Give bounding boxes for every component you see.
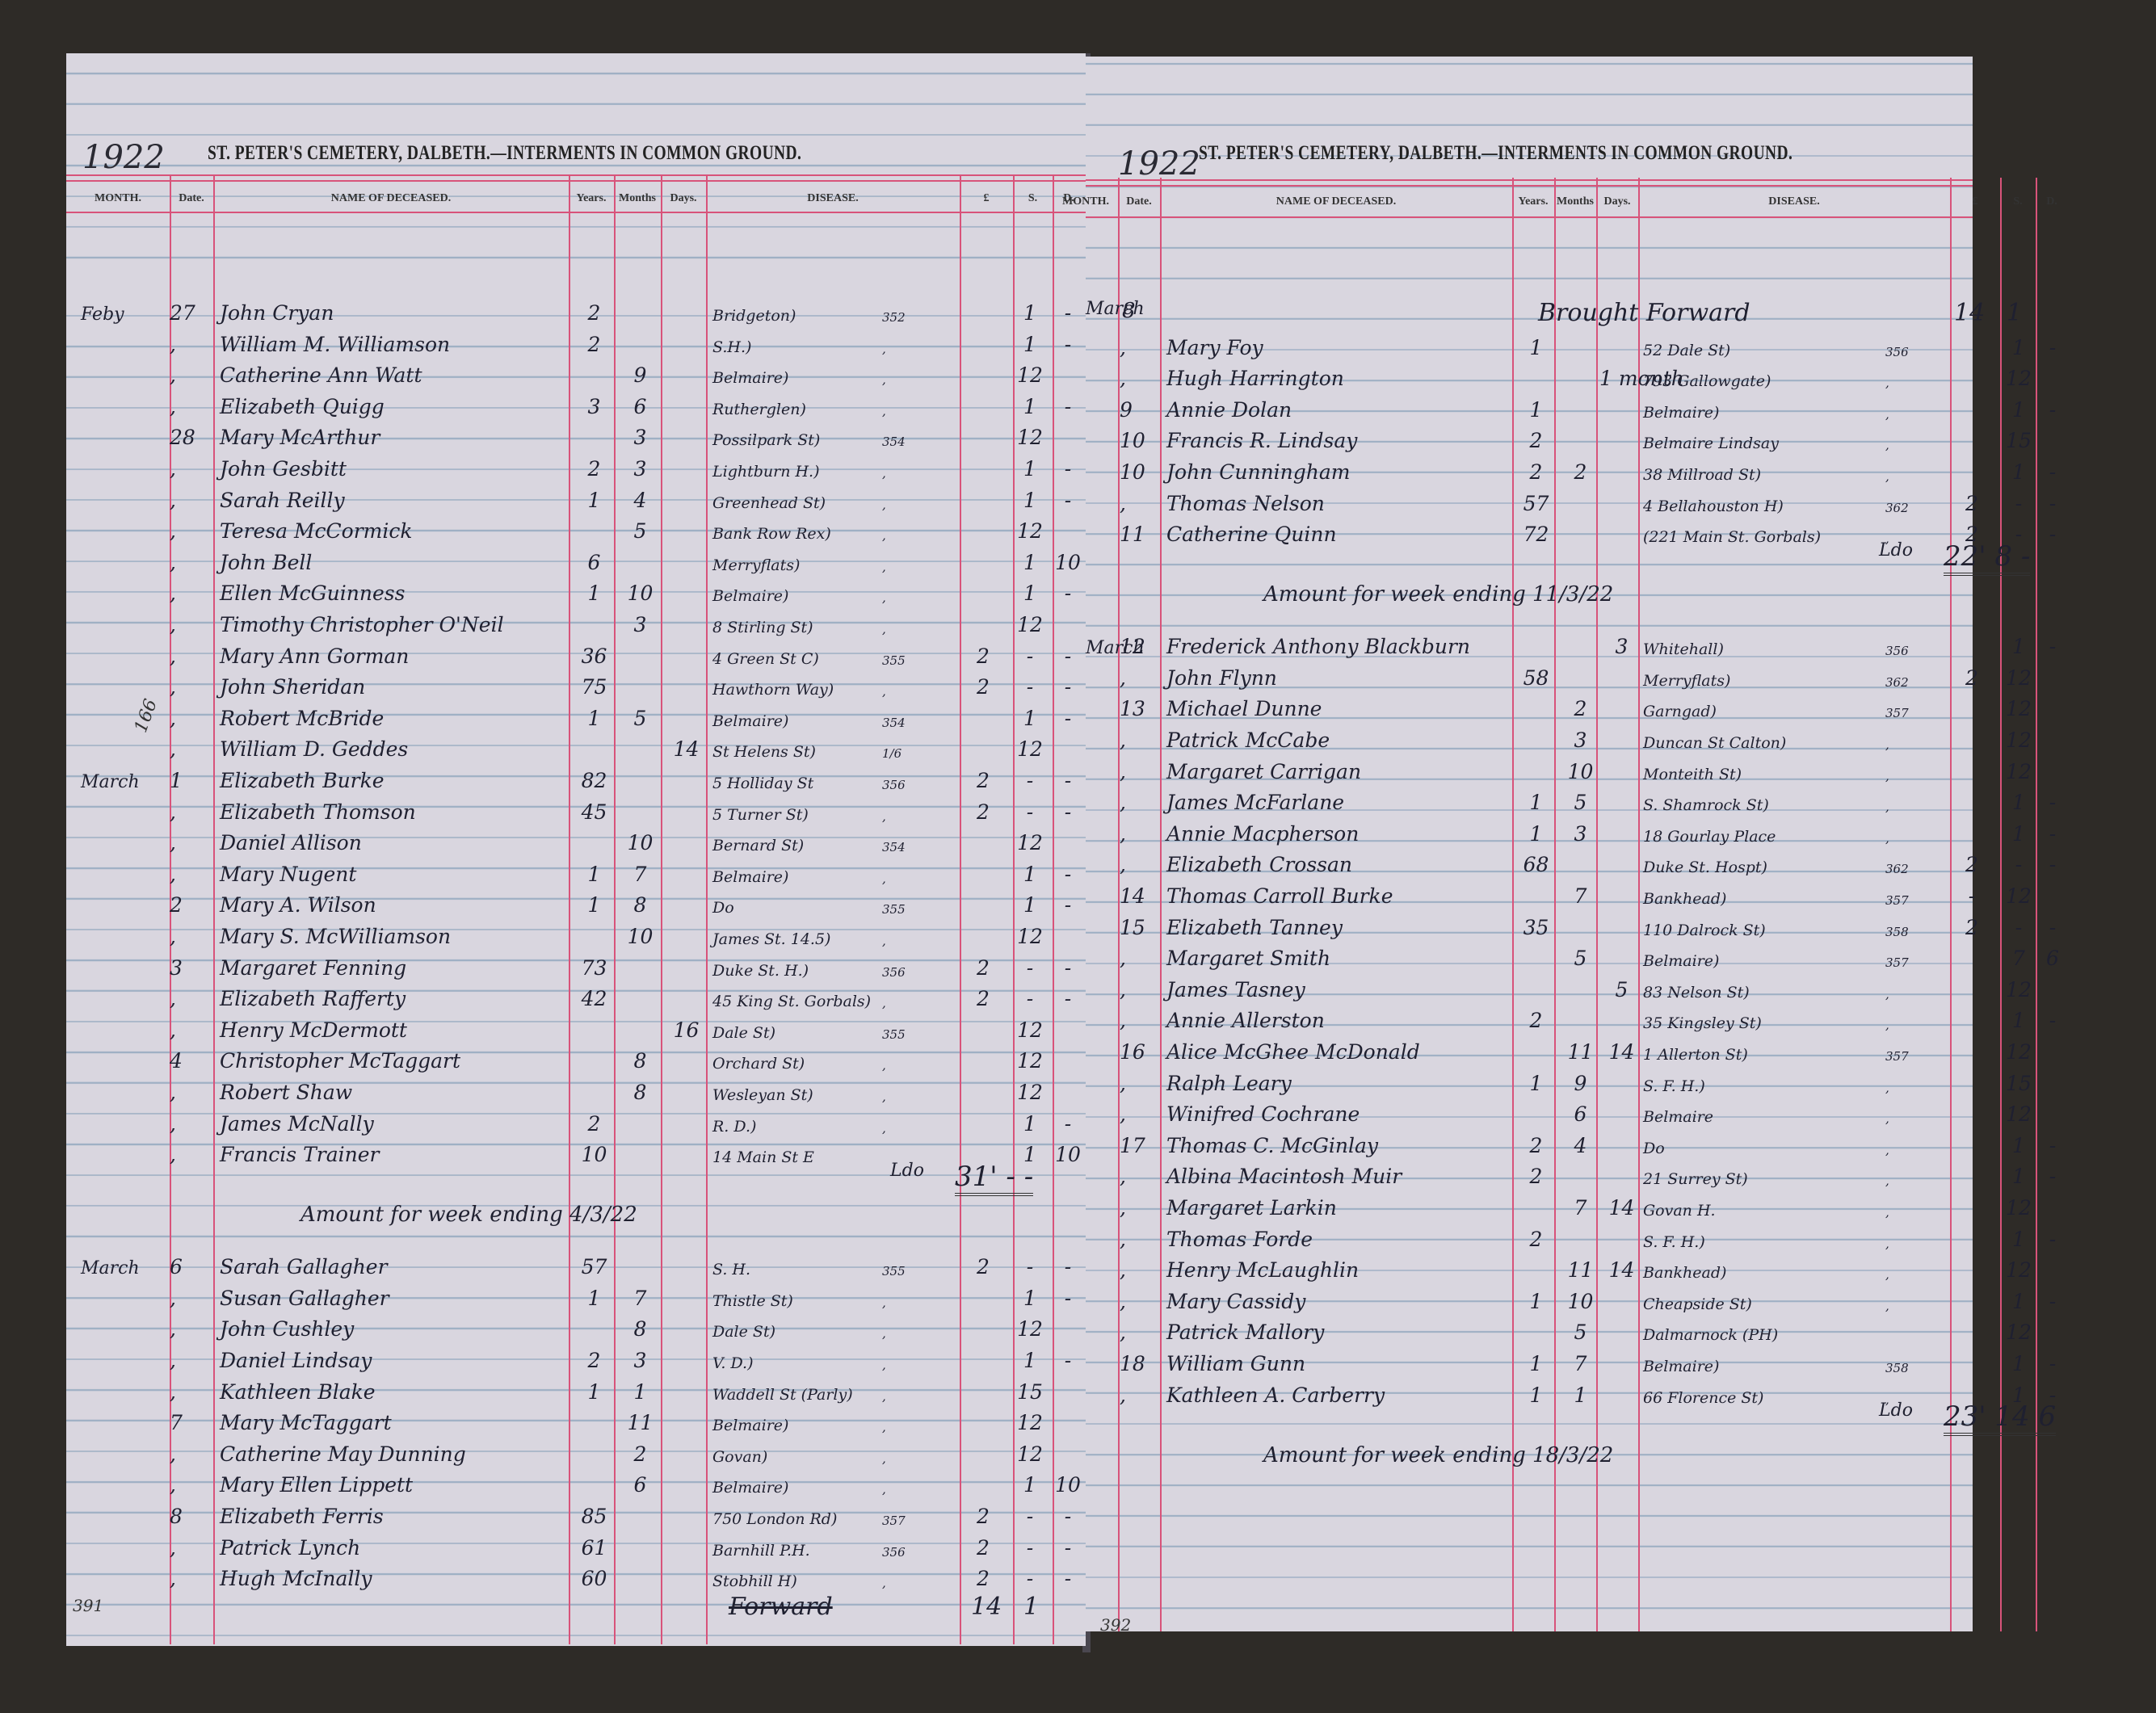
cell-disease: Belmaire) bbox=[712, 868, 788, 886]
column-header: Date. bbox=[170, 192, 213, 205]
cell-name: Sarah Reilly bbox=[220, 489, 345, 512]
cell-disease: Belmaire) bbox=[712, 1417, 788, 1434]
cell-lair: , bbox=[882, 809, 886, 824]
cell-lair: , bbox=[882, 560, 886, 574]
cell-date: 7 bbox=[170, 1411, 183, 1434]
table-row: ,Patrick Lynch61Barnhill P.H.3562-- bbox=[66, 1530, 1086, 1561]
table-row: ,Elizabeth Quigg36Rutherglen),1- bbox=[66, 389, 1086, 420]
cell-disease: Duke St. H.) bbox=[712, 962, 809, 980]
cell-disease: Belmaire bbox=[1643, 1108, 1713, 1126]
cell-lair: , bbox=[882, 1326, 886, 1341]
cell-disease: Orchard St) bbox=[712, 1055, 805, 1073]
cell-lair: , bbox=[1885, 1236, 1889, 1251]
cell-name: Catherine May Dunning bbox=[220, 1442, 466, 1466]
cell-l: 2 bbox=[963, 800, 1003, 824]
cell-lair: 362 bbox=[1885, 501, 1909, 515]
cell-date: 27 bbox=[170, 301, 195, 325]
cell-date: , bbox=[170, 863, 176, 886]
table-row: ,Mary Cassidy110Cheapside St),1- bbox=[1086, 1284, 1973, 1315]
cell-date: , bbox=[1120, 336, 1126, 359]
cell-d: - bbox=[2032, 1134, 2073, 1157]
cell-s: - bbox=[1010, 956, 1050, 980]
cell-years: 2 bbox=[1514, 460, 1558, 484]
cell-s: 12 bbox=[1010, 426, 1050, 449]
cell-lair: 354 bbox=[882, 716, 906, 730]
cell-l: 2 bbox=[963, 644, 1003, 668]
week-total: 31' - - bbox=[955, 1161, 1033, 1196]
cell-l: 2 bbox=[963, 1567, 1003, 1590]
cell-years: 1 bbox=[572, 581, 616, 605]
cell-disease: S.H.) bbox=[712, 338, 751, 356]
cell-d: - bbox=[1048, 581, 1088, 605]
cell-date: 1 bbox=[170, 769, 183, 792]
cell-name: Robert Shaw bbox=[220, 1081, 352, 1104]
cell-lair: , bbox=[1885, 1267, 1889, 1282]
cell-months: 10 bbox=[1558, 760, 1603, 783]
cell-s: 1 bbox=[1010, 1112, 1050, 1136]
cell-lair: 362 bbox=[1885, 862, 1909, 876]
cell-months: 5 bbox=[618, 519, 662, 543]
cell-disease: Bridgeton) bbox=[712, 307, 796, 325]
cell-date: 12 bbox=[1120, 635, 1145, 658]
cell-d: - bbox=[2032, 492, 2073, 515]
cell-months: 3 bbox=[618, 426, 662, 449]
table-row: ,Albina Macintosh Muir221 Surrey St),1- bbox=[1086, 1159, 1973, 1190]
cell-months: 10 bbox=[618, 581, 662, 605]
cell-years: 36 bbox=[572, 644, 616, 668]
cell-l: 2 bbox=[963, 1255, 1003, 1278]
table-row: 9Annie Dolan1Belmaire),1- bbox=[1086, 393, 1973, 423]
cell-name: Mary McArthur bbox=[220, 426, 380, 449]
cell-name: Elizabeth Tanney bbox=[1166, 916, 1343, 939]
column-header: Years. bbox=[569, 192, 614, 205]
cell-months: 6 bbox=[618, 1473, 662, 1497]
cell-date: , bbox=[170, 363, 176, 387]
cell-name: Annie Dolan bbox=[1166, 398, 1292, 422]
cell-date: 6 bbox=[170, 1255, 183, 1278]
brought-forward-date: 8 bbox=[1122, 299, 1136, 323]
cell-date: , bbox=[1120, 822, 1126, 846]
table-row: ,William D. Geddes14St Helens St)1/612 bbox=[66, 732, 1086, 762]
cell-date: , bbox=[170, 457, 176, 481]
cell-years: 57 bbox=[572, 1255, 616, 1278]
cell-lair: 357 bbox=[1885, 893, 1909, 908]
cell-date: , bbox=[170, 675, 176, 699]
cell-disease: 750 London Rd) bbox=[712, 1510, 837, 1528]
table-row: 18William Gunn17Belmaire)3581- bbox=[1086, 1346, 1973, 1377]
table-row: ,Patrick McCabe3Duncan St Calton),12 bbox=[1086, 723, 1973, 754]
table-row: 2Mary A. Wilson18Do3551- bbox=[66, 888, 1086, 918]
cell-years: 2 bbox=[1514, 1228, 1558, 1251]
cell-date: , bbox=[170, 1287, 176, 1310]
cell-name: Thomas Forde bbox=[1166, 1228, 1313, 1251]
cell-name: Francis Trainer bbox=[220, 1143, 379, 1166]
table-row: ,William M. Williamson2S.H.),1- bbox=[66, 327, 1086, 358]
table-row: ,Margaret Larkin714Govan H.,12 bbox=[1086, 1190, 1973, 1221]
cell-s: 12 bbox=[1010, 1018, 1050, 1042]
cell-d: - bbox=[1048, 489, 1088, 512]
cell-years: 72 bbox=[1514, 523, 1558, 546]
cell-name: Francis R. Lindsay bbox=[1166, 429, 1357, 452]
table-row: 3Margaret Fenning73Duke St. H.)3562-- bbox=[66, 951, 1086, 981]
table-row: ,Catherine Ann Watt9Belmaire),12 bbox=[66, 358, 1086, 388]
cell-month: March bbox=[81, 772, 140, 792]
week-summary-label: Amount for week ending 18/3/22 bbox=[1263, 1443, 1613, 1467]
cell-lair: , bbox=[1885, 1143, 1889, 1157]
total-pounds: 23 bbox=[1944, 1400, 1978, 1433]
cell-disease: 83 Nelson St) bbox=[1643, 984, 1750, 1001]
cell-s: 12 bbox=[1998, 728, 2039, 752]
cell-name: Hugh McInally bbox=[220, 1567, 372, 1590]
cell-disease: 4 Green St C) bbox=[712, 650, 819, 668]
cell-s: 15 bbox=[1010, 1380, 1050, 1404]
cell-name: William M. Williamson bbox=[220, 333, 450, 356]
cell-name: Thomas Carroll Burke bbox=[1166, 884, 1393, 908]
column-header: Days. bbox=[661, 192, 706, 205]
cell-disease: Belmaire) bbox=[712, 587, 788, 605]
cell-years: 82 bbox=[572, 769, 616, 792]
cell-date: , bbox=[1120, 1320, 1126, 1344]
page-year: 1922 bbox=[1118, 145, 1200, 183]
cell-lair: , bbox=[1885, 376, 1889, 390]
cell-years: 1 bbox=[1514, 336, 1558, 359]
cell-months: 7 bbox=[1558, 1196, 1603, 1220]
cell-months: 4 bbox=[1558, 1134, 1603, 1157]
table-row: ,John Sheridan75Hawthorn Way),2-- bbox=[66, 670, 1086, 700]
cell-lair: , bbox=[1885, 1173, 1889, 1188]
cell-name: Thomas C. McGinlay bbox=[1166, 1134, 1378, 1157]
page-year: 1922 bbox=[82, 139, 165, 176]
table-row: 13Michael Dunne2Garngad)35712 bbox=[1086, 691, 1973, 722]
cell-name: John Cunningham bbox=[1166, 460, 1350, 484]
cell-years: 42 bbox=[572, 987, 616, 1010]
cell-d: - bbox=[2032, 336, 2073, 359]
cell-years: 2 bbox=[572, 301, 616, 325]
cell-years: 61 bbox=[572, 1536, 616, 1560]
cell-name: Mary Nugent bbox=[220, 863, 356, 886]
cell-s: - bbox=[1010, 644, 1050, 668]
cell-date: , bbox=[170, 1442, 176, 1466]
table-row: 11Catherine Quinn72(221 Main St. Gorbals… bbox=[1086, 517, 1973, 548]
cell-name: John Bell bbox=[220, 551, 312, 574]
cell-disease: 66 Florence St) bbox=[1643, 1389, 1763, 1407]
table-row: ,Elizabeth Rafferty4245 King St. Gorbals… bbox=[66, 981, 1086, 1012]
cell-name: Mary A. Wilson bbox=[220, 893, 376, 917]
table-row: ,John Flynn58Merryflats)362212 bbox=[1086, 661, 1973, 691]
cell-s: - bbox=[1010, 1505, 1050, 1528]
cell-name: Elizabeth Ferris bbox=[220, 1505, 384, 1528]
cell-name: Margaret Carrigan bbox=[1166, 760, 1361, 783]
cell-l: 2 bbox=[963, 1536, 1003, 1560]
cell-disease: Thistle St) bbox=[712, 1292, 793, 1310]
cell-years: 2 bbox=[572, 333, 616, 356]
cell-l: 2 bbox=[1952, 492, 1992, 515]
cell-lair: , bbox=[882, 1358, 886, 1372]
total-pence: - bbox=[1024, 1161, 1034, 1193]
cell-s: 1 bbox=[1010, 1473, 1050, 1497]
cell-lair: 356 bbox=[1885, 345, 1909, 359]
cell-years: 73 bbox=[572, 956, 616, 980]
column-header: DISEASE. bbox=[706, 192, 960, 205]
cell-days: 14 bbox=[1599, 1040, 1644, 1064]
table-row: ,Elizabeth Crossan68Duke St. Hospt)3622-… bbox=[1086, 847, 1973, 878]
table-row: ,Mary Ellen Lippett6Belmaire),110 bbox=[66, 1467, 1086, 1498]
total-mark: Ldo bbox=[1879, 1400, 1913, 1421]
page-title: ST. PETER'S CEMETERY, DALBETH.—INTERMENT… bbox=[208, 142, 801, 165]
cell-s: 1 bbox=[1010, 863, 1050, 886]
cell-disease: 52 Dale St) bbox=[1643, 342, 1730, 359]
cell-name: Winifred Cochrane bbox=[1166, 1102, 1360, 1126]
cell-name: James McNally bbox=[220, 1112, 374, 1136]
cell-months: 6 bbox=[618, 395, 662, 418]
cell-s: 12 bbox=[1010, 737, 1050, 761]
cell-months: 11 bbox=[1558, 1258, 1603, 1282]
table-row: 4Christopher McTaggart8Orchard St),12 bbox=[66, 1043, 1086, 1074]
table-row: 7Mary McTaggart11Belmaire),12 bbox=[66, 1405, 1086, 1436]
cell-years: 35 bbox=[1514, 916, 1558, 939]
cell-lair: , bbox=[1885, 800, 1889, 814]
table-row: ,Ellen McGuinness110Belmaire),1- bbox=[66, 576, 1086, 607]
cell-lair: , bbox=[882, 372, 886, 387]
cell-name: Teresa McCormick bbox=[220, 519, 413, 543]
cell-d: - bbox=[1048, 1567, 1088, 1590]
cell-date: , bbox=[1120, 1102, 1126, 1126]
cell-d: - bbox=[2032, 1290, 2073, 1313]
cell-name: Daniel Allison bbox=[220, 831, 362, 854]
cell-years: 6 bbox=[572, 551, 616, 574]
cell-s: 15 bbox=[1998, 429, 2039, 452]
cell-s: 1 bbox=[1010, 551, 1050, 574]
cell-d: - bbox=[1048, 301, 1088, 325]
cell-years: 45 bbox=[572, 800, 616, 824]
cell-l: 2 bbox=[963, 1505, 1003, 1528]
column-header: Years. bbox=[1512, 195, 1554, 208]
forward-pounds: 14 bbox=[971, 1593, 1002, 1621]
cell-name: Kathleen Blake bbox=[220, 1380, 376, 1404]
cell-date: 15 bbox=[1120, 916, 1145, 939]
cell-s: - bbox=[1010, 1536, 1050, 1560]
cell-lair: 357 bbox=[882, 1514, 906, 1528]
cell-years: 2 bbox=[572, 457, 616, 481]
cell-disease: R. D.) bbox=[712, 1118, 756, 1136]
cell-years: 1 bbox=[1514, 1383, 1558, 1407]
total-mark: Ldo bbox=[1879, 540, 1913, 561]
cell-disease: (221 Main St. Gorbals) bbox=[1643, 528, 1821, 546]
cell-name: William Gunn bbox=[1166, 1352, 1305, 1375]
cell-date: , bbox=[170, 1380, 176, 1404]
cell-date: , bbox=[170, 333, 176, 356]
table-row: March12Frederick Anthony Blackburn3White… bbox=[1086, 629, 1973, 660]
cell-name: John Gesbitt bbox=[220, 457, 347, 481]
column-header: MONTH. bbox=[66, 192, 170, 205]
column-header: S. bbox=[1013, 192, 1053, 205]
cell-months: 6 bbox=[1558, 1102, 1603, 1126]
cell-name: Mary S. McWilliamson bbox=[220, 925, 451, 948]
cell-name: James Tasney bbox=[1166, 978, 1305, 1001]
cell-name: Patrick Mallory bbox=[1166, 1320, 1324, 1344]
cell-lair: , bbox=[1885, 737, 1889, 752]
cell-disease: Belmaire) bbox=[712, 369, 788, 387]
cell-d: - bbox=[1048, 395, 1088, 418]
cell-date: , bbox=[1120, 791, 1126, 814]
cell-disease: Duke St. Hospt) bbox=[1643, 859, 1767, 876]
cell-name: Margaret Fenning bbox=[220, 956, 406, 980]
cell-months: 2 bbox=[618, 1442, 662, 1466]
column-header: Months bbox=[614, 192, 661, 205]
cell-lair: 358 bbox=[1885, 925, 1909, 939]
total-pence: 6 bbox=[2039, 1400, 2057, 1433]
cell-date: , bbox=[170, 1536, 176, 1560]
cell-years: 10 bbox=[572, 1143, 616, 1166]
cell-years: 1 bbox=[1514, 1072, 1558, 1095]
cell-years: 1 bbox=[1514, 1290, 1558, 1313]
cell-years: 68 bbox=[1514, 853, 1558, 876]
cell-months: 7 bbox=[618, 863, 662, 886]
cell-disease: Belmaire) bbox=[1643, 952, 1719, 970]
cell-date: , bbox=[170, 800, 176, 824]
cell-d: - bbox=[1048, 1255, 1088, 1278]
cell-months: 3 bbox=[1558, 728, 1603, 752]
cell-disease: S. H. bbox=[712, 1261, 750, 1278]
table-row: 14Thomas Carroll Burke7Bankhead)357-12 bbox=[1086, 879, 1973, 909]
table-row: ,Timothy Christopher O'Neil38 Stirling S… bbox=[66, 607, 1086, 638]
cell-months: 7 bbox=[1558, 884, 1603, 908]
column-header: Days. bbox=[1596, 195, 1638, 208]
cell-months: 9 bbox=[1558, 1072, 1603, 1095]
table-row: ,Hugh McInally60Stobhill H),2-- bbox=[66, 1561, 1086, 1592]
cell-months: 11 bbox=[618, 1411, 662, 1434]
header-rule-bottom bbox=[1086, 216, 1973, 218]
cell-l: 2 bbox=[963, 675, 1003, 699]
cell-days: 14 bbox=[1599, 1196, 1644, 1220]
cell-name: Mary McTaggart bbox=[220, 1411, 392, 1434]
cell-name: Annie Allerston bbox=[1166, 1009, 1325, 1032]
cell-s: 12 bbox=[1998, 1258, 2039, 1282]
cell-s: 1 bbox=[1010, 457, 1050, 481]
cell-d: - bbox=[1048, 956, 1088, 980]
cell-s: - bbox=[1010, 1567, 1050, 1590]
table-row: ,Mary Ann Gorman364 Green St C)3552-- bbox=[66, 639, 1086, 670]
cell-disease: Bank Row Rex) bbox=[712, 525, 831, 543]
cell-s: 1 bbox=[1010, 333, 1050, 356]
cell-date: 17 bbox=[1120, 1134, 1145, 1157]
cell-disease: Duncan St Calton) bbox=[1643, 734, 1786, 752]
cell-l: 2 bbox=[1952, 853, 1992, 876]
cell-years: 1 bbox=[572, 489, 616, 512]
cell-d: - bbox=[2032, 523, 2073, 546]
cell-years: 2 bbox=[572, 1349, 616, 1372]
cell-name: Mary Ann Gorman bbox=[220, 644, 409, 668]
cell-years: 1 bbox=[572, 1380, 616, 1404]
total-pounds: 22 bbox=[1944, 540, 1978, 573]
cell-date: , bbox=[1120, 1228, 1126, 1251]
table-row: ,Catherine May Dunning2Govan),12 bbox=[66, 1437, 1086, 1467]
cell-disease: Merryflats) bbox=[712, 556, 800, 574]
table-row: ,Henry McDermott16Dale St)35512 bbox=[66, 1013, 1086, 1043]
cell-years: 1 bbox=[1514, 822, 1558, 846]
cell-name: John Flynn bbox=[1166, 666, 1277, 690]
cell-d: - bbox=[2032, 398, 2073, 422]
cell-name: Elizabeth Thomson bbox=[220, 800, 416, 824]
brought-forward-shillings: 1 bbox=[2007, 299, 2022, 327]
cell-months: 8 bbox=[618, 1081, 662, 1104]
cell-years: 58 bbox=[1514, 666, 1558, 690]
cell-date: , bbox=[1120, 1383, 1126, 1407]
cell-years: 1 bbox=[1514, 398, 1558, 422]
cell-d: - bbox=[2032, 791, 2073, 814]
cell-s: - bbox=[1010, 675, 1050, 699]
cell-lair: 355 bbox=[882, 1264, 906, 1278]
cell-s: 1 bbox=[1010, 395, 1050, 418]
column-header: £ bbox=[960, 192, 1013, 205]
cell-name: Catherine Quinn bbox=[1166, 523, 1337, 546]
cell-disease: S. F. H.) bbox=[1643, 1233, 1705, 1251]
cell-disease: 110 Dalrock St) bbox=[1643, 922, 1766, 939]
cell-name: Robert McBride bbox=[220, 707, 384, 730]
cell-s: 1 bbox=[1010, 1349, 1050, 1372]
cell-years: 3 bbox=[572, 395, 616, 418]
cell-name: Timothy Christopher O'Neil bbox=[220, 613, 504, 636]
table-row: ,James McNally2R. D.),1- bbox=[66, 1106, 1086, 1137]
table-row: ,Susan Gallagher17Thistle St),1- bbox=[66, 1281, 1086, 1312]
forward-shillings: 1 bbox=[1023, 1593, 1039, 1621]
cell-years: 1 bbox=[572, 863, 616, 886]
cell-s: 12 bbox=[1010, 831, 1050, 854]
table-row: ,Teresa McCormick5Bank Row Rex),12 bbox=[66, 514, 1086, 544]
header-rule bbox=[66, 174, 1086, 182]
cell-date: 18 bbox=[1120, 1352, 1145, 1375]
cell-years: 2 bbox=[1514, 429, 1558, 452]
cell-d: 10 bbox=[1048, 551, 1088, 574]
cell-name: Christopher McTaggart bbox=[220, 1049, 460, 1073]
cell-date: , bbox=[1120, 1009, 1126, 1032]
cell-lair: 352 bbox=[882, 310, 906, 325]
cell-lair: , bbox=[1885, 469, 1889, 484]
cell-month: Feby bbox=[81, 304, 124, 325]
cell-d: 10 bbox=[1048, 1473, 1088, 1497]
cell-disease: 5 Turner St) bbox=[712, 806, 809, 824]
cell-disease: James St. 14.5) bbox=[712, 930, 830, 948]
cell-date: , bbox=[170, 831, 176, 854]
cell-months: 4 bbox=[618, 489, 662, 512]
forward-label: Forward bbox=[729, 1593, 833, 1621]
cell-years: 75 bbox=[572, 675, 616, 699]
cell-disease: Waddell St (Parly) bbox=[712, 1386, 853, 1404]
cell-months: 1 bbox=[618, 1380, 662, 1404]
cell-date: 13 bbox=[1120, 697, 1145, 720]
cell-date: , bbox=[170, 1473, 176, 1497]
cell-lair: 358 bbox=[1885, 1361, 1909, 1375]
cell-disease: 38 Millroad St) bbox=[1643, 466, 1761, 484]
cell-disease: Lightburn H.) bbox=[712, 463, 820, 481]
cell-s: 12 bbox=[1010, 519, 1050, 543]
cell-name: James McFarlane bbox=[1166, 791, 1344, 814]
cell-months: 3 bbox=[618, 613, 662, 636]
cell-name: John Cushley bbox=[220, 1317, 354, 1341]
cell-date: , bbox=[170, 551, 176, 574]
cell-name: Elizabeth Burke bbox=[220, 769, 385, 792]
cell-d: - bbox=[1048, 644, 1088, 668]
table-row: 10Francis R. Lindsay2Belmaire Lindsay,15 bbox=[1086, 423, 1973, 454]
week-total: 22' 8 - bbox=[1944, 540, 2030, 576]
cell-lair: , bbox=[882, 1295, 886, 1310]
cell-date: , bbox=[1120, 760, 1126, 783]
cell-name: Elizabeth Crossan bbox=[1166, 853, 1352, 876]
cell-disease: Belmaire) bbox=[712, 1479, 788, 1497]
cell-s: 12 bbox=[1010, 613, 1050, 636]
cell-disease: S. F. H.) bbox=[1643, 1077, 1705, 1095]
column-header: DISEASE. bbox=[1638, 195, 1950, 208]
